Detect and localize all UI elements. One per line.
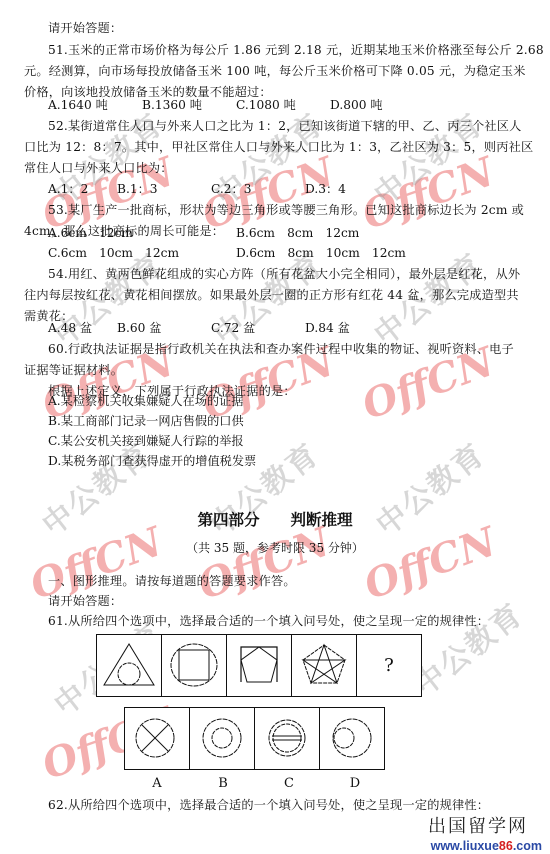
option-a: A.某检察机关收集嫌疑人在场的证据 — [48, 393, 244, 409]
option-b: B.6cm 8cm 12cm — [236, 225, 359, 241]
section-instruction: 一、图形推理。请按每道题的答题要求作答。 — [48, 573, 548, 589]
option-c: C.6cm 10cm 12cm — [48, 245, 179, 261]
option-c: C.1080 吨 — [236, 97, 296, 113]
question-54-line: 需黄花： — [24, 308, 524, 324]
figure-cell-2 — [162, 635, 227, 696]
option-c: C.某公安机关接到嫌疑人行踪的举报 — [48, 433, 244, 449]
brand-url-suffix: .com — [513, 839, 542, 853]
brand-url-highlight: 86 — [499, 839, 513, 853]
question-54-line: 往内每层按红花、黄花相间摆放。如果最外层一圈的正方形有红花 44 盆，那么完成造… — [24, 287, 524, 303]
section-subtitle: （共 35 题，参考时限 35 分钟） — [0, 540, 550, 556]
pentagon-star-icon — [292, 635, 356, 696]
question-mark: ? — [357, 635, 421, 696]
question-52-line: 口比为 12：8：7。其中，甲社区常住人口与外来人口比为 1：3，乙社区为 3：… — [24, 139, 524, 155]
option-a: A.6cm 12cm — [48, 225, 133, 241]
concentric-circles-icon — [190, 708, 254, 769]
triangle-circle-icon — [97, 635, 161, 696]
figure-cell-4 — [292, 635, 357, 696]
option-label-b: B — [190, 776, 256, 791]
option-d: D.某税务部门查获得虚开的增值税发票 — [48, 453, 256, 469]
brand-url-prefix: www.liuxue — [431, 839, 499, 853]
option-label-c: C — [256, 776, 322, 791]
option-label-d: D — [322, 776, 388, 791]
question-60-line: 60.行政执法证据是指行政机关在执法和查办案件过程中收集的物证、视听资料、电子 — [48, 341, 548, 357]
open-square-pentagon-icon — [227, 635, 291, 696]
start-prompt: 请开始答题： — [48, 20, 548, 36]
option-d: D.3：4 — [305, 181, 346, 197]
option-c: C.2：3 — [211, 181, 251, 197]
figure-cell-1 — [97, 635, 162, 696]
option-a: A.1：2 — [48, 181, 88, 197]
question-52-line: 52.某街道常住人口与外来人口之比为 1：2，已知该街道下辖的甲、乙、丙三个社区… — [48, 118, 548, 134]
circle-x-icon — [125, 708, 189, 769]
figure-cell-question: ? — [357, 635, 421, 696]
option-c: C.72 盆 — [211, 320, 255, 336]
question-51-line: 元。经测算，向市场每投放储备玉米 100 吨，每公斤玉米价格可下降 0.05 元… — [24, 63, 524, 79]
option-figure-d[interactable] — [320, 708, 384, 769]
option-b: B.1：3 — [117, 181, 158, 197]
figure-options — [124, 707, 385, 770]
option-figure-a[interactable] — [125, 708, 190, 769]
brand-url: www.liuxue86.com — [431, 839, 542, 853]
section-title: 第四部分 判断推理 — [0, 510, 550, 530]
option-a: A.48 盆 — [48, 320, 92, 336]
figure-sequence: ? — [96, 634, 422, 697]
circles-bars-icon — [255, 708, 319, 769]
option-figure-c[interactable] — [255, 708, 320, 769]
option-label-a: A — [124, 776, 190, 791]
question-51-line: 51.玉米的正常市场价格为每公斤 1.86 元到 2.18 元，近期某地玉米价格… — [48, 42, 548, 58]
brand-name: 出国留学网 — [428, 817, 528, 837]
option-b: B.1360 吨 — [142, 97, 202, 113]
question-53-line: 53.某厂生产一批商标，形状为等边三角形或等腰三角形。已知这批商标边长为 2cm… — [48, 202, 548, 218]
option-d: D.84 盆 — [305, 320, 350, 336]
tangent-circles-icon — [320, 708, 384, 769]
option-b: B.某工商部门记录一网店售假的口供 — [48, 413, 244, 429]
figure-cell-3 — [227, 635, 292, 696]
option-figure-b[interactable] — [190, 708, 255, 769]
option-d: D.800 吨 — [330, 97, 383, 113]
question-62-stem: 62.从所给四个选项中，选择最合适的一个填入问号处，使之呈现一定的规律性： — [48, 797, 548, 813]
question-52-line: 常住人口与外来人口比为： — [24, 160, 524, 176]
ellipse-square-icon — [162, 635, 226, 696]
option-a: A.1640 吨 — [48, 97, 108, 113]
exam-page: OffCN 中公教育 OffCN 中公教育 OffCN 中公教育 OffCN 中… — [0, 0, 550, 854]
start-prompt: 请开始答题： — [48, 593, 548, 609]
option-d: D.6cm 8cm 10cm 12cm — [236, 245, 406, 261]
question-61-stem: 61.从所给四个选项中，选择最合适的一个填入问号处，使之呈现一定的规律性： — [48, 613, 548, 629]
question-54-line: 54.用红、黄两色鲜花组成的实心方阵（所有花盆大小完全相同），最外层是红花，从外 — [48, 266, 548, 282]
question-60-line: 证据等证据材料。 — [24, 362, 524, 378]
option-b: B.60 盆 — [117, 320, 161, 336]
